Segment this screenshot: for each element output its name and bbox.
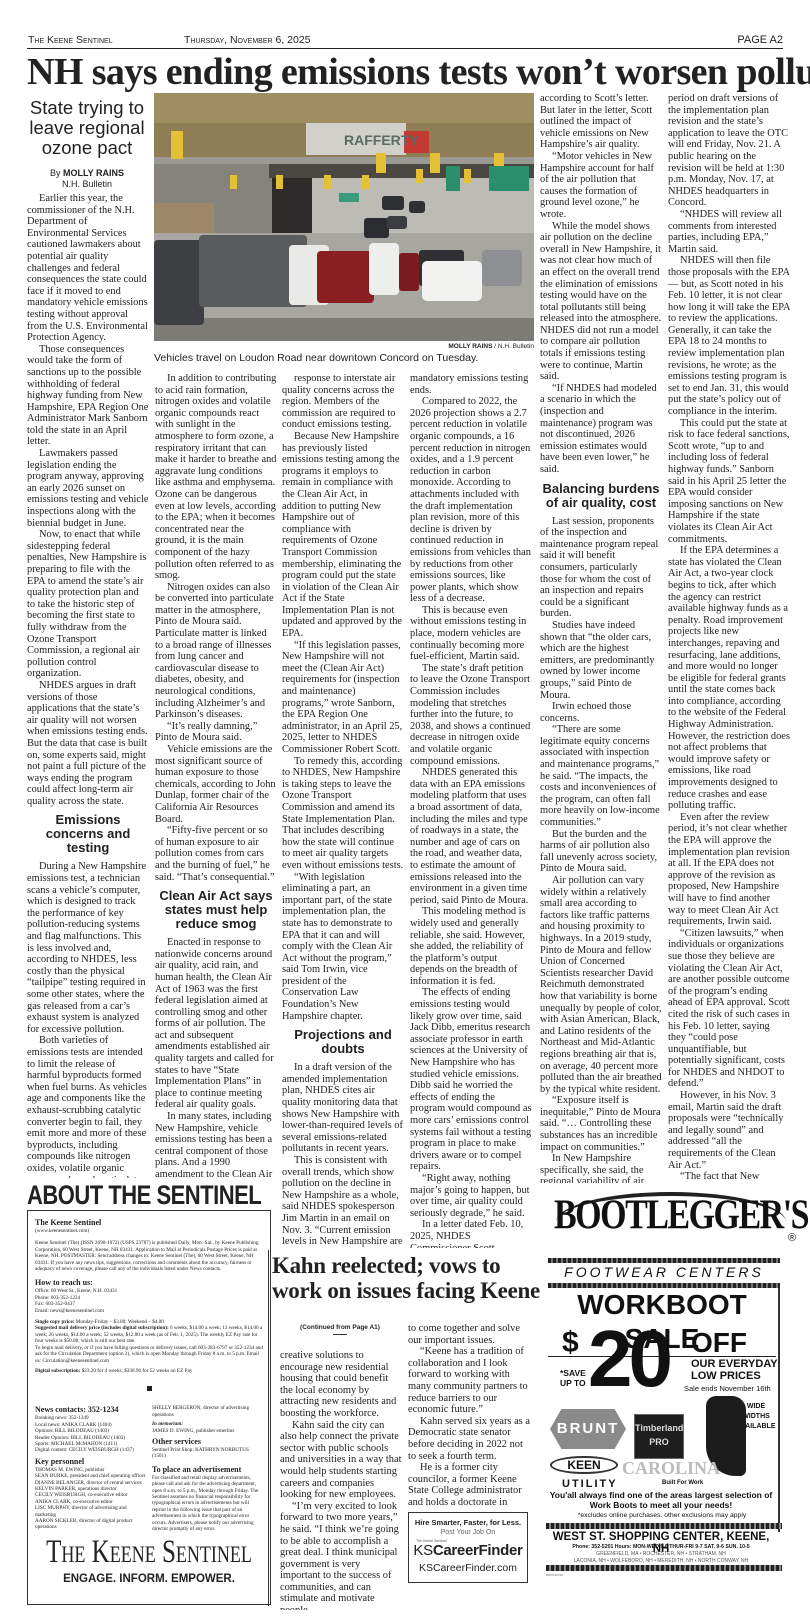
continued-line: (Continued from Page A1) — [278, 1324, 402, 1331]
about-statement: Keene Sentinel (The) (ISSN 2690-1072) (U… — [35, 1240, 263, 1272]
paragraph: Studies have indeed shown that “the olde… — [540, 620, 662, 701]
divider-square — [147, 1386, 152, 1391]
photo-caption: Vehicles travel on Loudon Road near down… — [154, 352, 534, 364]
paragraph: “It’s really damning,” Pinto de Moura sa… — [155, 721, 277, 744]
paragraph: The effects of ending emissions testing … — [410, 987, 532, 1173]
bootleggers-ad[interactable]: BootLegger's ® FOOTWEAR CENTERS WORKBOOT… — [546, 1184, 810, 1616]
subhead: Projections and doubts — [282, 1028, 404, 1056]
about-left-column: News contacts: 352-1234 Breaking news: 3… — [35, 1405, 146, 1532]
dollar-sign: $ — [562, 1326, 579, 1360]
about-name: The Keene Sentinel — [35, 1218, 263, 1228]
paragraph: “There are some legitimate equity concer… — [540, 724, 662, 828]
brunt-logo: BRUNT — [550, 1409, 626, 1449]
paragraph: Lawmakers passed legislation ending the … — [27, 448, 149, 529]
paragraph: In a letter dated Feb. 10, 2025, NHDES C… — [410, 1219, 532, 1248]
paragraph: However, in his Nov. 3 email, Martin sai… — [668, 1090, 790, 1171]
paragraph: “Motor vehicles in New Hampshire account… — [540, 151, 662, 221]
kahn-headline: Kahn reelected; vows to work on issues f… — [272, 1253, 544, 1303]
paragraph: This could put the state at risk to face… — [668, 418, 790, 546]
paragraph: “Fifty-five percent or so of human expos… — [155, 825, 277, 883]
news-photo: RAFFERTY — [154, 93, 534, 341]
paragraph: “The fact that New Hampshire is proposin… — [668, 1171, 790, 1183]
story-column-6: period on draft versions of the implemen… — [668, 93, 790, 1183]
publication-name: The Keene Sentinel — [28, 34, 113, 46]
paragraph: Nitrogen oxides can also be converted in… — [155, 582, 277, 721]
paragraph: “Right away, nothing major’s going to ha… — [410, 1173, 532, 1219]
off-label: OFF — [691, 1329, 747, 1357]
paragraph: This modeling method is widely used and … — [410, 906, 532, 987]
sale-end-date: Sale ends November 16th — [684, 1384, 771, 1393]
paragraph: During a New Hampshire emissions test, a… — [27, 861, 149, 1035]
paragraph: In many states, including New Hampshire,… — [155, 1111, 277, 1178]
photo-credit: MOLLY RAINS / N.H. Bulletin — [154, 343, 534, 350]
bootleggers-logo: BootLegger's — [554, 1191, 792, 1241]
ad-exclusion: *excludes online purchases. other exclus… — [546, 1512, 778, 1519]
careerfinder-url[interactable]: KSCareerFinder.com — [409, 1562, 527, 1574]
paragraph: “If this legislation passes, New Hampshi… — [282, 640, 404, 756]
page-folio: The Keene Sentinel Thursday, November 6,… — [27, 32, 783, 49]
about-heading: ABOUT THE SENTINEL — [27, 1180, 267, 1211]
kahn-column-1: creative solutions to encourage new resi… — [280, 1350, 402, 1610]
traffic-photo-illustration: RAFFERTY — [154, 93, 534, 341]
news-heading: News contacts: 352-1234 — [35, 1405, 146, 1415]
paragraph: The state’s draft petition to leave the … — [410, 663, 532, 767]
paragraph: This is because even without emissions t… — [410, 605, 532, 663]
paragraph: In addition to contributing to acid rain… — [155, 373, 277, 582]
about-right-column: SHELLY BERGERON, director of advertising… — [152, 1405, 263, 1532]
subhead: Clean Air Act says states must help redu… — [155, 889, 277, 931]
paragraph: Irwin echoed those concerns. — [540, 701, 662, 724]
rope-rule — [546, 1565, 782, 1571]
story-deck: State trying to leave regional ozone pac… — [27, 98, 147, 158]
paragraph: Even after the review period, it’s not c… — [668, 812, 790, 928]
byline-author: MOLLY RAINS — [63, 168, 124, 178]
rope-rule — [546, 1523, 782, 1529]
store-hours: Phone: 352-5201 Hours: MON-WED 9-6 THUR-… — [546, 1544, 776, 1550]
byline-org: N.H. Bulletin — [62, 179, 112, 189]
reach-heading: How to reach us: — [35, 1278, 263, 1288]
sentinel-logo: The Keene Sentinel — [35, 1537, 263, 1571]
keen-logo: KEEN — [550, 1456, 618, 1474]
paragraph: Vehicle emissions are the most significa… — [155, 744, 277, 825]
kahn-column-2: to come together and solve our important… — [408, 1323, 532, 1508]
paragraph: according to Scott’s letter. But later i… — [540, 93, 662, 151]
subhead: Balancing burdens of air quality, cost — [540, 482, 662, 510]
paragraph: “Exposure itself is inequitable,” Pinto … — [540, 1095, 662, 1153]
subhead: Emissions concerns and testing — [27, 813, 149, 855]
paragraph: Enacted in response to nationwide concer… — [155, 937, 277, 1111]
story-column-3: response to interstate air quality conce… — [282, 373, 404, 1248]
svg-text:RAFFERTY: RAFFERTY — [344, 132, 419, 148]
sentinel-slogan: ENGAGE. INFORM. EMPOWER. — [35, 1572, 263, 1586]
paragraph: Those consequences would take the form o… — [27, 344, 149, 448]
about-url: (www.keenesentinel.com) — [35, 1228, 263, 1234]
offer-text: OUR EVERYDAY LOW PRICES — [691, 1358, 781, 1382]
paragraph: But the burden and the harms of air poll… — [540, 829, 662, 875]
paragraph: NHDES generated this data with an EPA em… — [410, 767, 532, 906]
paragraph: “NHDES will review all comments from int… — [668, 209, 790, 255]
paragraph: Last session, proponents of the inspecti… — [540, 516, 662, 620]
ad-tagline: You'all always find one of the areas lar… — [546, 1490, 776, 1510]
paragraph: Both varieties of emissions tests are in… — [27, 1035, 149, 1178]
story-column-4: mandatory emissions testing ends. Compar… — [410, 373, 532, 1248]
carolina-logo: CAROLINA — [622, 1458, 720, 1479]
careerfinder-ad[interactable]: Hire Smarter, Faster, for Less. Post You… — [408, 1512, 528, 1583]
story-column-5: according to Scott’s letter. But later i… — [540, 93, 662, 1183]
paragraph: “Citizen lawsuits,” when individuals or … — [668, 928, 790, 1090]
page-number: PAGE A2 — [737, 34, 783, 46]
story-column-2: In addition to contributing to acid rain… — [155, 373, 277, 1178]
paragraph: “If NHDES had modeled a scenario in whic… — [540, 383, 662, 476]
paragraph: Now, to enact that while sidestepping fe… — [27, 529, 149, 680]
paragraph: mandatory emissions testing ends. — [410, 373, 532, 396]
main-headline: NH says ending emissions tests won’t wor… — [27, 50, 787, 94]
paragraph: NHDES argues in draft versions of those … — [27, 680, 149, 808]
story-column-1: Earlier this year, the commissioner of t… — [27, 193, 149, 1178]
reach-line: Email: news@keenesentinel.com — [35, 1308, 263, 1314]
mail-instructions: To begin mail delivery, or if you have b… — [35, 1345, 263, 1364]
discount-amount: 20 — [588, 1314, 669, 1404]
paragraph: period on draft versions of the implemen… — [668, 93, 790, 209]
paragraph: response to interstate air quality conce… — [282, 373, 404, 431]
paragraph: In New Hampshire specifically, she said,… — [540, 1153, 662, 1183]
paragraph: Earlier this year, the commissioner of t… — [27, 193, 149, 344]
paragraph: This is consistent with overall trends, … — [282, 1155, 404, 1248]
ad-code: BOOT40720 — [546, 1573, 563, 1577]
paragraph: Because New Hampshire has previously lis… — [282, 431, 404, 640]
paragraph: In a draft version of the amended implem… — [282, 1062, 404, 1155]
paragraph: While the model shows air pollution on t… — [540, 221, 662, 383]
key-heading: Key personnel — [35, 1457, 146, 1467]
careerfinder-logo: KSCareerFinder — [409, 1543, 527, 1558]
paragraph: Air pollution can vary widely within a r… — [540, 875, 662, 1095]
paragraph: Compared to 2022, the 2026 projection sh… — [410, 396, 532, 605]
rope-rule — [548, 1258, 780, 1263]
mail-price: Suggested mail delivery price (includes … — [35, 1325, 263, 1344]
byline: By MOLLY RAINS N.H. Bulletin — [27, 168, 147, 190]
paragraph: NHDES will then file those proposals wit… — [668, 255, 790, 417]
issue-date: Thursday, November 6, 2025 — [184, 34, 311, 46]
timberland-pro-logo: Timberland PRO — [634, 1414, 684, 1459]
paragraph: To remedy this, according to NHDES, New … — [282, 756, 404, 872]
digital-price: Digital subscription: $23.20 for 4 weeks… — [35, 1368, 263, 1374]
paragraph: If the EPA determines a state has violat… — [668, 545, 790, 812]
about-box: The Keene Sentinel (www.keenesentinel.co… — [27, 1210, 271, 1605]
paragraph: “With legislation eliminating a part, an… — [282, 872, 404, 1023]
divider — [333, 1334, 347, 1335]
